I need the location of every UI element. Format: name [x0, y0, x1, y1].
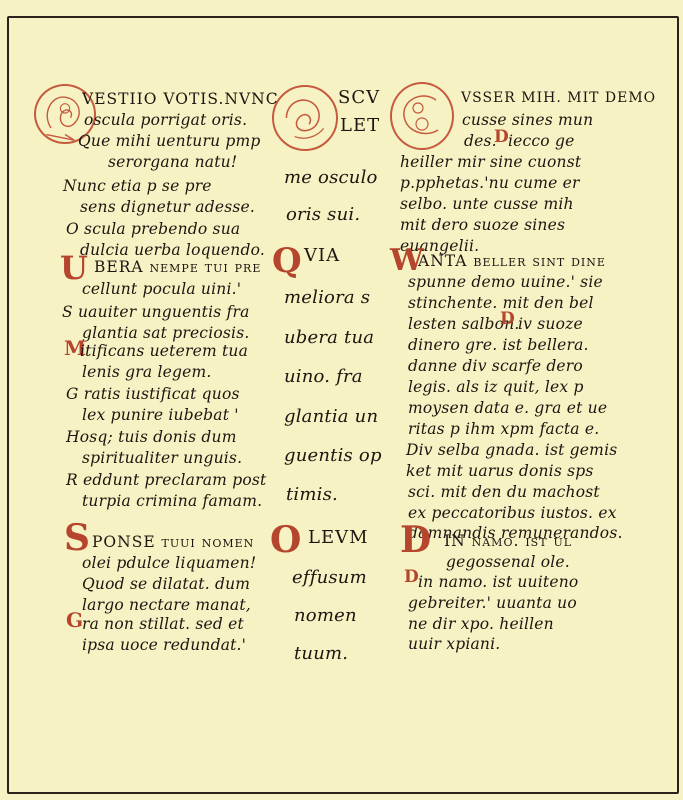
- text-line: ne dir xpo. heillen: [408, 614, 554, 634]
- text-line: olei pdulce liquamen!: [82, 553, 256, 573]
- text-line: IN namo. ist ul: [444, 531, 572, 551]
- text-line: gebreiter.' uuanta uo: [408, 593, 577, 613]
- text-line: Nunc etia p se pre: [63, 176, 212, 196]
- text-line: mit dero suoze sines: [400, 215, 565, 235]
- text-line: iv suoze: [518, 314, 583, 334]
- text-line: O scula prebendo sua: [66, 219, 240, 239]
- text-line: serorgana natu!: [108, 152, 237, 172]
- text-line: R eddunt preclaram post: [66, 470, 266, 490]
- rubric-initial-d: D: [400, 522, 431, 558]
- text-line: largo nectare manat,: [82, 595, 251, 615]
- text-line: LET: [340, 116, 380, 136]
- text-line: sci. mit den du machost: [408, 482, 600, 502]
- text-line: nomen: [294, 606, 357, 626]
- text-line: spunne demo uuine.' sie: [408, 272, 603, 292]
- text-line: danne div scarfe dero: [408, 356, 583, 376]
- text-line: Hosq; tuis donis dum: [66, 427, 237, 447]
- text-line: ra non stillat. sed et: [82, 614, 244, 634]
- text-line: VSSER MIH. MIT DEMO: [461, 88, 656, 108]
- rubric-initial-o: O: [270, 522, 301, 558]
- text-line: LEVM: [308, 528, 369, 548]
- text-line: moysen data e. gra et ue: [408, 398, 607, 418]
- text-line: tuum.: [294, 644, 348, 664]
- text-line: ket mit uarus donis sps: [406, 461, 594, 481]
- text-line: PONSE tuui nomen: [92, 532, 254, 552]
- text-line: glantia un: [284, 407, 378, 427]
- text-line: dinero gre. ist bellera.: [408, 335, 589, 355]
- text-line: iecco ge: [508, 131, 574, 151]
- text-line: guentis op: [284, 446, 382, 466]
- text-line: legis. als iz quit, lex p: [408, 377, 584, 397]
- text-line: SCV: [338, 88, 380, 108]
- text-line: lex punire iubebat ': [82, 405, 239, 425]
- text-line: meliora s: [284, 288, 370, 308]
- text-line: selbo. unte cusse mih: [400, 194, 574, 214]
- interlace-ornament-icon: [274, 87, 336, 149]
- text-line: lenis gra legem.: [82, 362, 212, 382]
- text-line: spiritualiter unguis.: [82, 448, 242, 468]
- text-line: BERA nempe tui pre: [94, 257, 261, 277]
- text-line: oscula porrigat oris.: [84, 110, 247, 130]
- rubric-initial-d-small: D: [404, 569, 419, 586]
- text-line: sens dignetur adesse.: [80, 197, 255, 217]
- text-line: Quod se dilatat. dum: [82, 574, 250, 594]
- text-line: G ratis iustificat quos: [66, 384, 240, 404]
- text-line: cellunt pocula uini.': [82, 279, 241, 299]
- text-line: heiller mir sine cuonst: [400, 152, 581, 172]
- text-line: itificans ueterem tua: [80, 341, 248, 361]
- text-line: ubera tua: [284, 328, 374, 348]
- text-line: ipsa uoce redundat.': [82, 635, 246, 655]
- rubric-initial-g: G: [66, 610, 83, 630]
- text-line: VIA: [304, 246, 340, 266]
- rubric-inline-initial-d: D: [500, 311, 515, 328]
- text-line: S uauiter unguentis fra: [62, 302, 250, 322]
- rubric-initial-s: S: [64, 520, 90, 556]
- text-line: Div selba gnada. ist gemis: [406, 440, 617, 460]
- text-line: VESTIIO VOTIS.NVNC: [82, 89, 279, 109]
- text-line: p.pphetas.'nu cume er: [400, 173, 580, 193]
- illuminated-initial-o-middle: [272, 85, 338, 151]
- text-line: effusum: [292, 568, 367, 588]
- text-line: uino. fra: [284, 367, 363, 387]
- text-line: Que mihi uenturu pmp: [78, 131, 261, 151]
- text-line: ritas p ihm xpm facta e.: [408, 419, 599, 439]
- text-line: uuir xpiani.: [408, 634, 500, 654]
- interlace-ornament-icon: [392, 84, 452, 148]
- text-line: me osculo: [284, 168, 378, 188]
- text-line: ex peccatoribus iustos. ex: [408, 503, 617, 523]
- text-line: turpia crimina famam.: [82, 491, 262, 511]
- text-line: glantia sat preciosis.: [82, 323, 249, 343]
- rubric-initial-q: Q: [272, 244, 302, 278]
- illuminated-initial-c-right: [390, 82, 454, 150]
- text-line: des.: [464, 131, 497, 151]
- text-line: ANTA beller sint dine: [418, 251, 606, 271]
- text-line: gegossenal ole.: [446, 552, 570, 572]
- rubric-inline-initial-d: D: [494, 129, 509, 146]
- text-line: cusse sines mun: [462, 110, 593, 130]
- text-line: timis.: [286, 485, 338, 505]
- text-line: in namo. ist uuiteno: [418, 572, 578, 592]
- text-line: oris sui.: [286, 205, 360, 225]
